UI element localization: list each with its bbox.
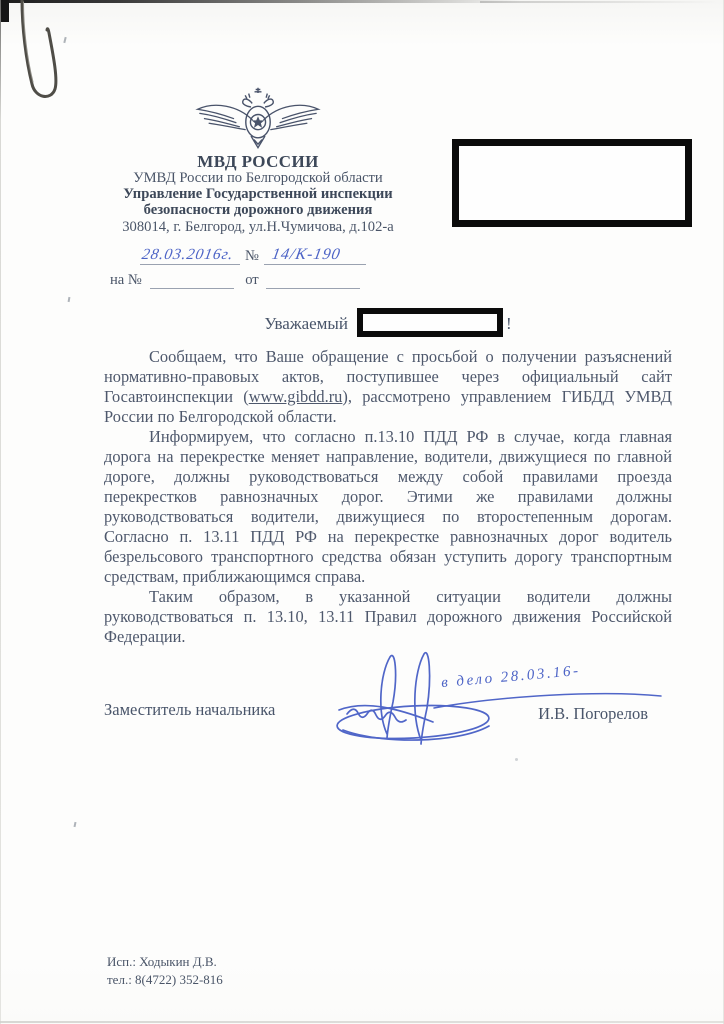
salutation-prefix: Уважаемый — [264, 314, 348, 333]
salutation-punctuation: ! — [506, 314, 512, 333]
number-sign: № — [240, 248, 264, 264]
handwritten-number: 14/К-190 — [270, 246, 342, 264]
signer-position: Заместитель начальника — [104, 700, 275, 720]
scan-edge-corner — [0, 0, 9, 22]
from-label: от — [245, 272, 258, 288]
handwritten-date: 28.03.2016г. — [140, 246, 235, 264]
executor-block: Исп.: Ходыкин Д.В. тел.: 8(4722) 352-816 — [107, 953, 223, 988]
org-address: 308014, г. Белгород, ул.Н.Чумичова, д.10… — [92, 219, 424, 235]
scan-speck — [63, 37, 66, 43]
scan-speck — [68, 297, 71, 302]
org-department-1: Управление Государственной инспекции — [92, 187, 424, 203]
redaction-box-name — [357, 308, 503, 337]
reply-reference-row: на № от — [110, 272, 424, 289]
scan-edge-left — [0, 0, 1, 1024]
org-region: УМВД России по Белгородской области — [92, 171, 424, 187]
scan-edge-bottom — [0, 1021, 724, 1023]
paragraph-1: Сообщаем, что Ваше обращение с просьбой … — [104, 347, 672, 427]
executor-name: Исп.: Ходыкин Д.В. — [107, 953, 223, 971]
scan-speck — [515, 758, 518, 761]
handwritten-underline — [430, 688, 665, 714]
scanned-letter-page: МВД РОССИИ УМВД России по Белгородской о… — [0, 0, 724, 1024]
letter-body: Сообщаем, что Ваше обращение с просьбой … — [104, 347, 672, 647]
paragraph-3: Таким образом, в указанной ситуации води… — [104, 587, 672, 647]
ref-label: на № — [110, 272, 142, 288]
gibdd-url: www.gibdd.ru — [249, 387, 343, 406]
scan-edge-top-fade — [480, 1, 720, 3]
scan-speck — [74, 822, 77, 827]
date-field: 28.03.2016г. — [140, 249, 240, 265]
ref-date-field — [266, 275, 360, 289]
reference-form: 28.03.2016г.№14/К-190 на № от — [92, 248, 424, 289]
org-name: МВД РОССИИ — [92, 152, 424, 171]
mvd-emblem-icon — [193, 86, 323, 150]
salutation-line: Уважаемый! — [104, 308, 672, 337]
number-field: 14/К-190 — [264, 249, 366, 265]
letterhead: МВД РОССИИ УМВД России по Белгородской о… — [92, 86, 424, 289]
ref-number-field — [150, 275, 234, 289]
redaction-box-recipient — [452, 139, 692, 227]
scan-edge-top — [0, 0, 520, 3]
paperclip-icon — [10, 0, 62, 112]
org-department-2: безопасности дорожного движения — [92, 203, 424, 219]
date-number-row: 28.03.2016г.№14/К-190 — [110, 248, 424, 265]
paragraph-2: Информируем, что согласно п.13.10 ПДД РФ… — [104, 427, 672, 587]
executor-phone: тел.: 8(4722) 352-816 — [107, 971, 223, 989]
